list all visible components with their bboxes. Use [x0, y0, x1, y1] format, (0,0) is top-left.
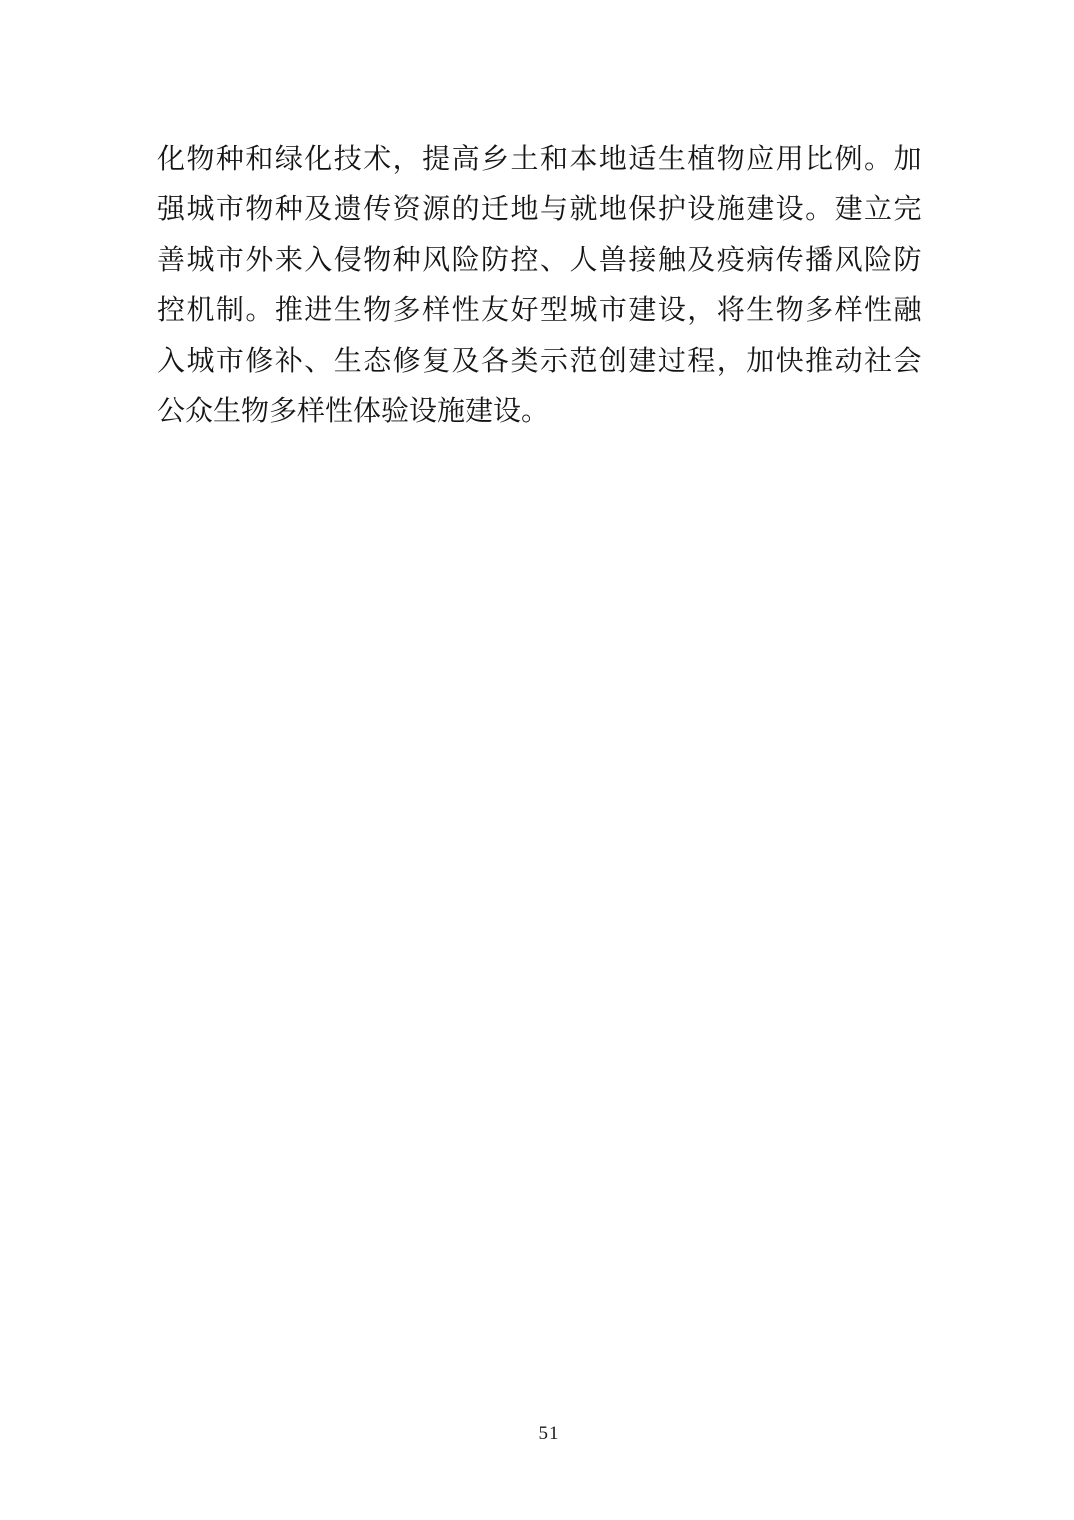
body-text-line: 公众生物多样性体验设施建设。 — [157, 387, 923, 437]
body-text-line: 入城市修补、生态修复及各类示范创建过程，加快推动社会 — [157, 337, 923, 387]
document-page: 化物种和绿化技术，提高乡土和本地适生植物应用比例。加 强城市物种及遗传资源的迁地… — [0, 0, 1074, 1520]
body-text-line: 控机制。推进生物多样性友好型城市建设，将生物多样性融 — [157, 286, 923, 336]
body-text-line: 善城市外来入侵物种风险防控、人兽接触及疫病传播风险防 — [157, 236, 923, 286]
body-text-line: 化物种和绿化技术，提高乡土和本地适生植物应用比例。加 — [157, 135, 923, 185]
body-text: 化物种和绿化技术，提高乡土和本地适生植物应用比例。加 强城市物种及遗传资源的迁地… — [157, 135, 923, 437]
body-text-line: 强城市物种及遗传资源的迁地与就地保护设施建设。建立完 — [157, 185, 923, 235]
page-number: 51 — [0, 1423, 1074, 1445]
